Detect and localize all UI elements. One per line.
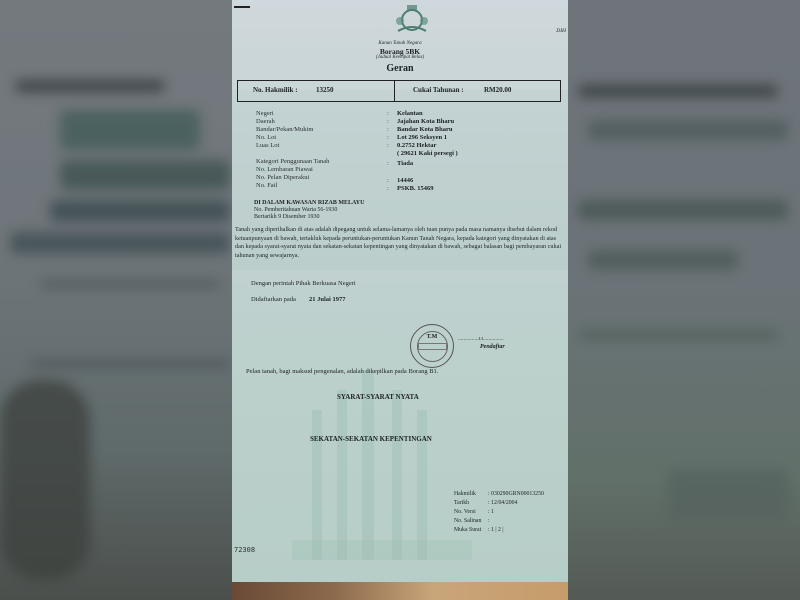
field-label: No. Fail (256, 182, 277, 189)
field-value: Kelantan (397, 110, 423, 117)
header-box: No. Hakmilik : 13250 Cukai Tahunan : RM2… (237, 80, 561, 102)
registrar-seal: T.M (410, 324, 454, 368)
field-value: Lot 296 Seksyen 1 (397, 134, 447, 141)
footer-value: : 030290GRN00013250 (488, 491, 544, 497)
registered-date: 21 Julai 1977 (309, 296, 345, 303)
field-value: Jajahan Kota Bharu (397, 118, 454, 125)
registrar-label: Pendaftar (480, 344, 505, 350)
watermark-building (292, 360, 472, 560)
annual-tax-value: RM20.00 (484, 86, 511, 94)
reserve-date: Bertarikh 9 Disember 1930 (254, 214, 319, 220)
field-label: Kategori Penggunaan Tanah (256, 158, 329, 165)
express-conditions-heading: SYARAT-SYARAT NYATA (337, 393, 419, 401)
footer-label: Muka Surat (454, 527, 481, 533)
act-name: Kanun Tanah Negara (232, 41, 568, 46)
footer-label: No. Versi (454, 509, 476, 515)
background-right (568, 0, 800, 600)
land-title-document: DIH Kanun Tanah Negara Borang 5BK (Jadua… (232, 0, 568, 582)
mark-line (234, 6, 250, 8)
field-label: Bandar/Pekan/Mukim (256, 126, 313, 133)
field-label: Daerah (256, 118, 275, 125)
field-value: 0.2752 Hektar (397, 142, 436, 149)
field-label: No. Lot (256, 134, 276, 141)
table-surface (232, 582, 568, 600)
background-left (0, 0, 232, 600)
footer-value: : (488, 518, 490, 524)
document-title: Geran (232, 63, 568, 74)
form-subtitle: (Jadual Keempat Belas) (232, 55, 568, 60)
tenure-paragraph: Tanah yang diperihalkan di atas adalah d… (235, 226, 565, 260)
field-label: No. Pelan Diperakui (256, 174, 309, 181)
footer-value: : 1 (488, 509, 494, 515)
field-label: Luas Lot (256, 142, 279, 149)
footer-label: No. Salinan (454, 518, 481, 524)
annual-tax-label: Cukai Tahunan : (413, 86, 464, 94)
seal-text: T.M (411, 334, 453, 340)
title-no-value: 13250 (316, 86, 334, 94)
corner-text: DIH (556, 28, 566, 34)
footer-label: Hakmilik (454, 491, 476, 497)
coat-of-arms-icon (392, 3, 432, 37)
footer-value: : 12/04/2004 (488, 500, 517, 506)
registered-label: Didaftarkan pada (251, 296, 296, 303)
field-value: Tiada (397, 160, 413, 167)
footer-value: : 1 | 2 | (488, 527, 504, 533)
authority-text: Dengan perintah Pihak Berkuasa Negeri (251, 280, 356, 287)
field-value: ( 29621 Kaki persegi ) (397, 150, 458, 157)
field-value: PSKB. 15469 (397, 185, 433, 192)
footer-label: Tarikh (454, 500, 469, 506)
signature-line: ...............t.t............... (458, 336, 504, 342)
field-value: Bandar Kota Bharu (397, 126, 453, 133)
restrictions-heading: SEKATAN-SEKATAN KEPENTINGAN (310, 435, 432, 443)
field-label: Negeri (256, 110, 274, 117)
reserve-heading: DI DALAM KAWASAN RIZAB MELAYU (254, 200, 364, 206)
field-value: 14446 (397, 177, 413, 184)
title-no-label: No. Hakmilik : (253, 86, 298, 94)
serial-number: 72308 (234, 546, 255, 554)
field-label: No. Lembaran Piawai (256, 166, 313, 173)
reserve-gazette: No. Pemberitahuan Warta 56-1930 (254, 207, 337, 213)
plan-note: Pelan tanah, bagi maksud pengenalan, ada… (246, 368, 438, 375)
